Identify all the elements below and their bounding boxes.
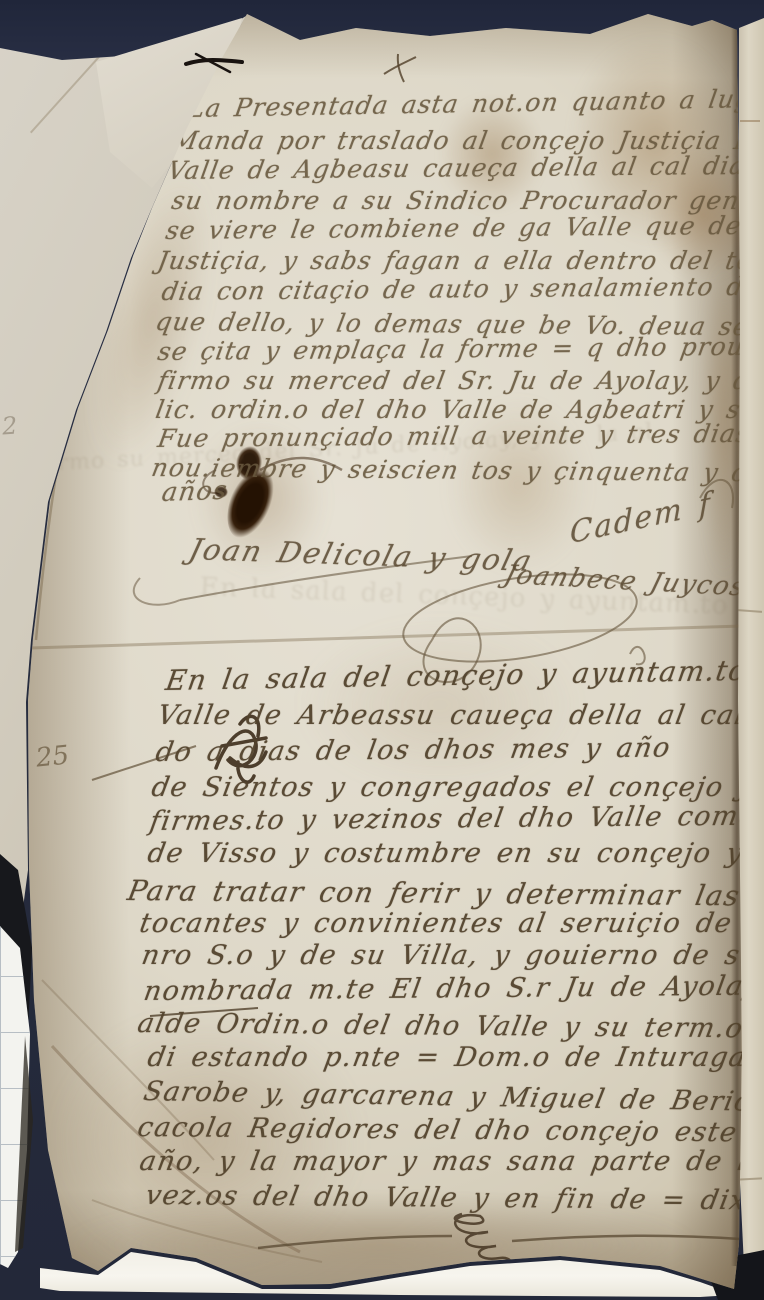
flap-ink-marks [0,0,764,1300]
manuscript-scan: 2 [0,0,764,1300]
dark-ink-dash [196,54,230,72]
